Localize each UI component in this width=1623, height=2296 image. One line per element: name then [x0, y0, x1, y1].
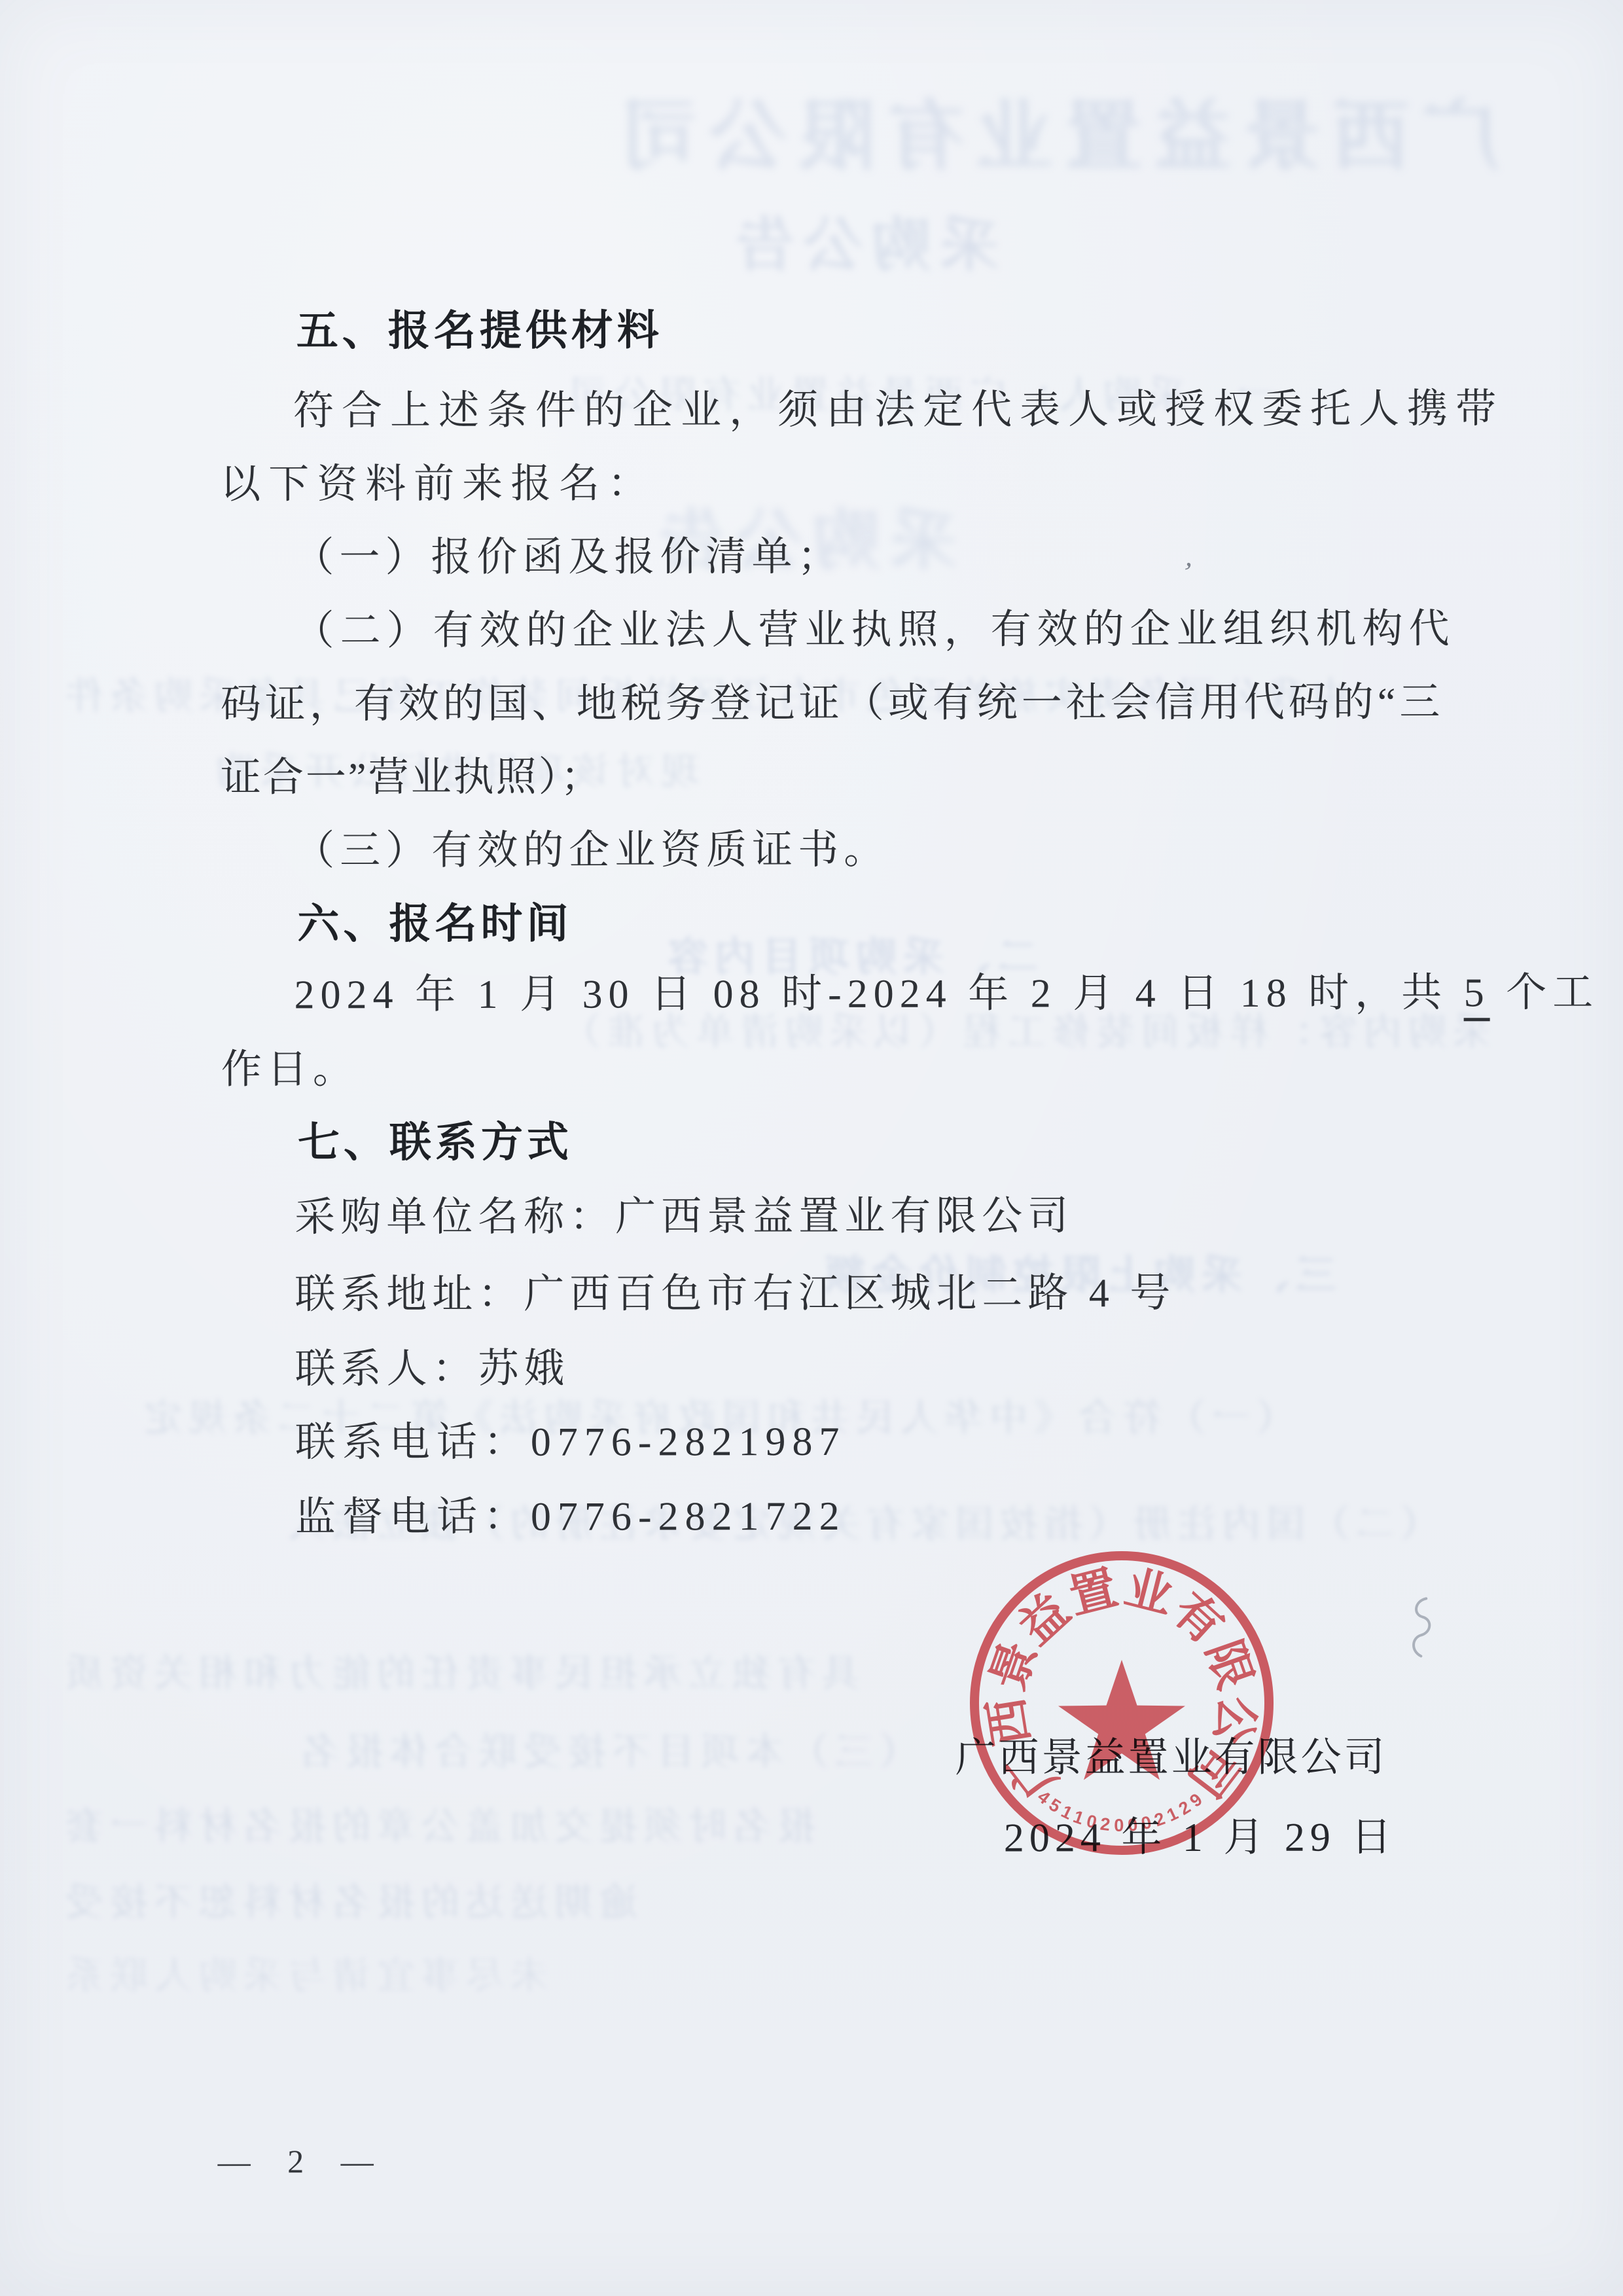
underlined-days-count: 5: [1464, 971, 1490, 1021]
svg-text:4511020002129: 4511020002129: [1034, 1787, 1210, 1835]
pencil-squiggle-mark: [1401, 1594, 1440, 1660]
registration-period-line: 2024 年 1 月 30 日 08 时-2024 年 2 月 4 日 18 时…: [294, 973, 1599, 1015]
period-text-tail: 个工: [1490, 971, 1599, 1015]
list-item-2-line2: 码证，有效的国、地税务登记证（或有统一社会信用代码的“三: [221, 682, 1444, 725]
list-item-1: （一）报价函及报价清单；: [293, 537, 843, 578]
contact-unit-line: 采购单位名称：广西景益置业有限公司: [294, 1196, 1073, 1238]
list-item-2-line3: 证合一”营业执照）；: [221, 757, 603, 798]
stray-pen-mark: ’: [1179, 555, 1195, 590]
contact-phone-line: 联系电话：0776-2821987: [295, 1422, 846, 1463]
section-heading-time: 六、报名时间: [297, 903, 572, 945]
seal-star-icon: [1058, 1660, 1185, 1780]
registration-period-line2: 作日。: [221, 1049, 359, 1090]
contact-person-line: 联系人：苏娥: [295, 1349, 570, 1390]
section-heading-materials: 五、报名提供材料: [296, 309, 663, 351]
company-seal: 广西景益置业有限公司 4511020002129: [967, 1549, 1276, 1857]
scanned-document-page: 广西景益置业有限公司 采购公告 一、采购人：广西景益置业有限公司 采购公告 由我…: [0, 0, 1623, 2296]
supervise-phone-line: 监督电话：0776-2821722: [295, 1496, 846, 1537]
list-item-2-line1: （二）有效的企业法人营业执照，有效的企业组织机构代: [294, 609, 1455, 651]
seal-registration-code: 4511020002129: [1034, 1787, 1210, 1835]
page-number: — 2 —: [218, 2142, 388, 2180]
document-body: 五、报名提供材料 符合上述条件的企业，须由法定代表人或授权委托人携带 以下资料前…: [0, 0, 1623, 2296]
list-item-3: （三）有效的企业资质证书。: [294, 830, 889, 872]
section-heading-contact: 七、联系方式: [298, 1121, 573, 1164]
paragraph-line: 符合上述条件的企业，须由法定代表人或授权委托人携带: [293, 389, 1504, 431]
paragraph-line: 以下资料前来报名：: [220, 463, 656, 505]
contact-address-line: 联系地址：广西百色市右江区城北二路 4 号: [294, 1273, 1175, 1315]
period-text: 2024 年 1 月 30 日 08 时-2024 年 2 月 4 日 18 时…: [294, 971, 1464, 1017]
